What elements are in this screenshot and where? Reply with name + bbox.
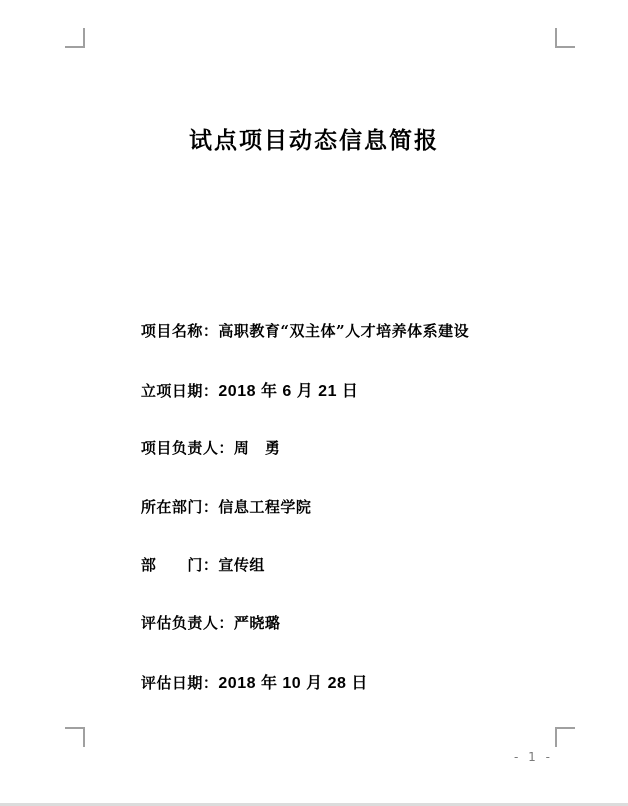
field-evaluator: 评估负责人：严晓璐 [118, 594, 280, 651]
field-department: 所在部门：信息工程学院 [118, 478, 311, 535]
field-label: 项目负责人： [141, 439, 234, 457]
field-value: 高职教育“双主体”人才培养体系建设 [218, 322, 469, 340]
corner-mark-bottom-right [555, 727, 575, 747]
corner-mark-top-right [555, 28, 575, 48]
field-label: 评估日期： [141, 674, 219, 692]
field-value: 周 勇 [234, 439, 281, 457]
field-evaluation-date: 评估日期：2018 年 10 月 28 日 [118, 652, 368, 711]
corner-mark-top-left [65, 28, 85, 48]
field-start-date: 立项日期：2018 年 6 月 21 日 [118, 360, 358, 419]
field-project-name: 项目名称：高职教育“双主体”人才培养体系建设 [118, 302, 469, 359]
field-label: 部 门： [141, 556, 219, 574]
page-number: - 1 - [514, 750, 553, 764]
corner-mark-bottom-left [65, 727, 85, 747]
field-label: 评估负责人： [141, 614, 234, 632]
field-label: 所在部门： [141, 498, 219, 516]
field-value: 宣传组 [218, 556, 265, 574]
field-value: 2018 年 6 月 21 日 [218, 383, 358, 400]
document-title: 试点项目动态信息简报 [0, 122, 628, 155]
field-value: 2018 年 10 月 28 日 [218, 675, 367, 692]
field-label: 立项日期： [141, 382, 219, 400]
field-label: 项目名称： [141, 322, 219, 340]
field-value: 信息工程学院 [218, 498, 311, 516]
field-project-lead: 项目负责人：周 勇 [118, 419, 280, 476]
field-section: 部 门：宣传组 [118, 536, 265, 593]
field-value: 严晓璐 [234, 614, 281, 632]
